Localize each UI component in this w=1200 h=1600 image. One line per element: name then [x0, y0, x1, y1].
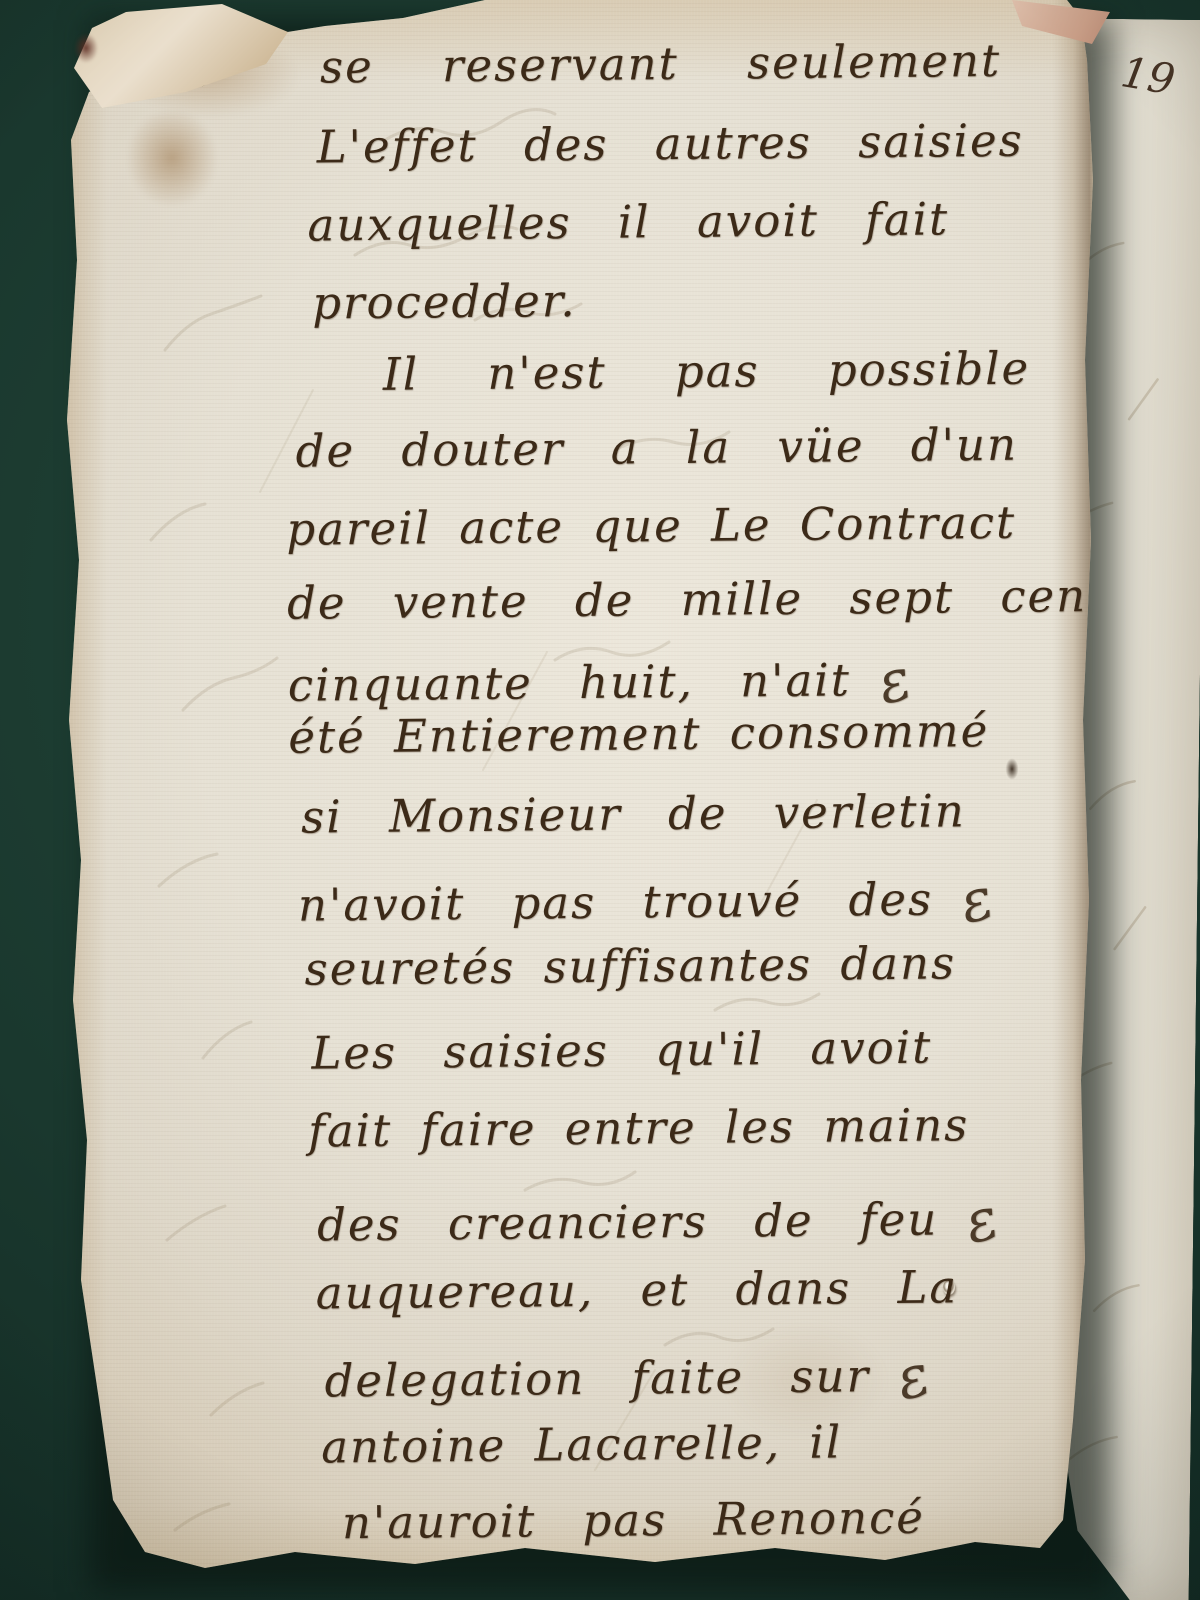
manuscript-text: se reservant seulement L'effet des autre… — [47, 0, 1107, 1600]
manuscript-line: de vente de mille sept cent — [287, 569, 1108, 630]
manuscript-line: été Entierement consommé — [288, 704, 989, 764]
line-text: antoine Lacarelle, il — [321, 1415, 842, 1473]
line-text: Les saisies qu'il avoit — [311, 1021, 932, 1080]
line-text: L'effet des autres saisies — [316, 114, 1023, 174]
line-text: fait faire entre les mains — [308, 1098, 970, 1157]
line-text: delegation faite sur — [324, 1349, 870, 1407]
line-filler-flourish: ɛ — [952, 863, 1001, 937]
line-filler-flourish: ɛ — [889, 1340, 938, 1414]
line-text: été Entierement consommé — [288, 704, 989, 764]
manuscript-photo: 19 — [0, 0, 1200, 1600]
line-text: des creanciers de feu — [317, 1193, 939, 1252]
manuscript-line: se reservant seulement — [320, 34, 1002, 94]
manuscript-page-18: 18 se reservant seulement L'effet des au… — [55, 0, 1100, 1600]
manuscript-line: des creanciers de feuɛ — [317, 1180, 998, 1255]
line-text: auxquelles il avoit fait — [307, 192, 949, 251]
manuscript-line: fait faire entre les mains — [308, 1098, 970, 1157]
manuscript-line: n'avoit pas trouvé desɛ — [298, 860, 993, 935]
line-text: de vente de mille sept cent — [287, 569, 1108, 630]
line-text: n'avoit pas trouvé des — [298, 873, 934, 932]
manuscript-line: L'effet des autres saisies — [316, 114, 1023, 174]
line-text: de douter a la vüe d'un — [295, 418, 1018, 478]
line-text: procedder. — [312, 274, 577, 330]
manuscript-line: procedder. — [312, 274, 577, 330]
line-text: Il n'est pas possible — [383, 342, 1031, 401]
manuscript-line: n'auroit pas Renoncé — [342, 1491, 925, 1550]
line-text: n'auroit pas Renoncé — [342, 1491, 925, 1550]
line-text: cinquante huit, n'ait — [288, 653, 851, 711]
manuscript-line: seuretés suffisantes dans — [304, 936, 956, 995]
line-text: seuretés suffisantes dans — [304, 936, 956, 995]
line-text: se reservant seulement — [320, 34, 1002, 94]
page-number-19: 19 — [1118, 47, 1179, 104]
manuscript-line: pareil acte que Le Contract — [286, 496, 1016, 556]
fold-dark-spot — [70, 28, 102, 68]
manuscript-line: de douter a la vüe d'un — [295, 418, 1018, 478]
line-text: auquereau, et dans La — [315, 1260, 958, 1319]
manuscript-line: Il n'est pas possible — [383, 342, 1031, 401]
manuscript-line: auxquelles il avoit fait — [307, 192, 949, 251]
manuscript-line: auquereau, et dans La — [315, 1260, 958, 1319]
manuscript-line: delegation faite surɛ — [324, 1337, 929, 1411]
manuscript-line: antoine Lacarelle, il — [321, 1415, 842, 1473]
line-filler-flourish: ɛ — [958, 1183, 1007, 1257]
manuscript-line: cinquante huit, n'aitɛ — [288, 641, 911, 715]
line-text: pareil acte que Le Contract — [286, 496, 1016, 556]
line-text: si Monsieur de verletin — [301, 784, 966, 843]
manuscript-line: si Monsieur de verletin — [301, 784, 966, 843]
manuscript-line: Les saisies qu'il avoit — [311, 1021, 932, 1080]
